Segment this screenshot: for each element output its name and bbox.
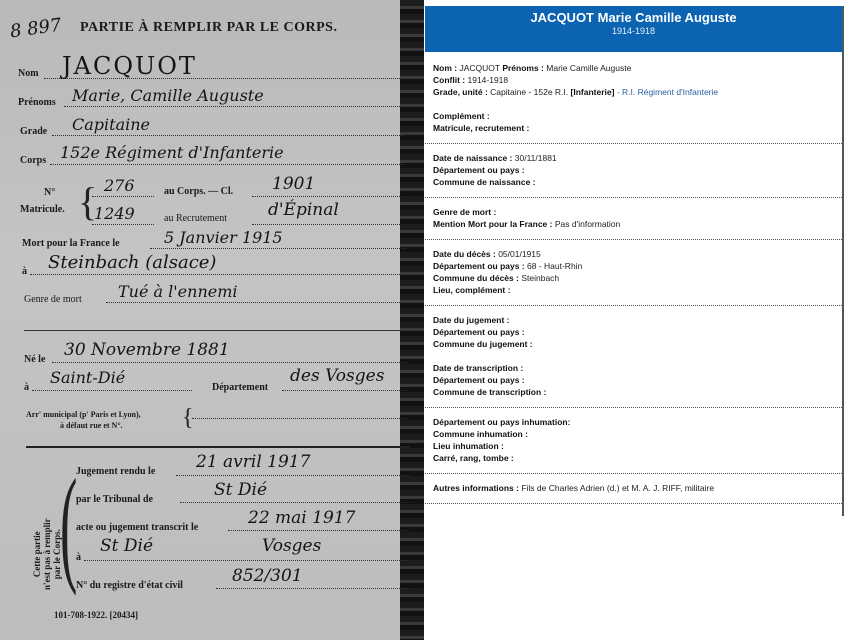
scan-hand-mort-lieu: Steinbach (alsace) bbox=[48, 252, 216, 273]
field-row: Département ou pays : bbox=[433, 374, 834, 386]
record-section: Nom : JACQUOT Prénoms : Marie Camille Au… bbox=[425, 52, 842, 144]
field-row: Département ou pays : bbox=[433, 326, 834, 338]
field-label: Date de naissance : bbox=[433, 153, 512, 163]
scan-hand-mort-date: 5 Janvier 1915 bbox=[164, 228, 283, 247]
scan-heading: PARTIE À REMPLIR PAR LE CORPS. bbox=[80, 20, 337, 36]
scan-label-genre: Genre de mort bbox=[24, 294, 82, 305]
field-row: Grade, unité : Capitaine - 152e R.I. [In… bbox=[433, 86, 834, 98]
record-section: Genre de mort : Mention Mort pour la Fra… bbox=[425, 198, 842, 240]
field-row: Matricule, recrutement : bbox=[433, 122, 834, 134]
panel-title: JACQUOT Marie Camille Auguste bbox=[425, 10, 842, 26]
row-spacer bbox=[433, 350, 834, 362]
scan-hand-no-recrutement: 1249 bbox=[94, 204, 135, 223]
scan-label-a: à bbox=[22, 266, 27, 277]
field-label: Date de transcription : bbox=[433, 363, 523, 373]
scan-label-arr-1: Arr' municipal (p' Paris et Lyon), bbox=[26, 410, 141, 419]
field-row: Date de transcription : bbox=[433, 362, 834, 374]
panel-subtitle: 1914-1918 bbox=[425, 26, 842, 37]
field-label: Département ou pays inhumation: bbox=[433, 417, 570, 427]
field-row: Nom : JACQUOT Prénoms : Marie Camille Au… bbox=[433, 62, 834, 74]
field-label: Complément : bbox=[433, 111, 490, 121]
scan-label-tribunal: par le Tribunal de bbox=[76, 494, 153, 505]
field-label: Matricule, recrutement : bbox=[433, 123, 529, 133]
field-value: 68 - Haut-Rhin bbox=[527, 261, 582, 271]
field-label: Commune du jugement : bbox=[433, 339, 533, 349]
field-row: Date du jugement : bbox=[433, 314, 834, 326]
scan-hand-transcrit-dept: Vosges bbox=[262, 536, 321, 556]
field-value: Fils de Charles Adrien (d.) et M. A. J. … bbox=[521, 483, 714, 493]
record-section: Date du décès : 05/01/1915Département ou… bbox=[425, 240, 842, 306]
row-spacer bbox=[433, 98, 834, 110]
record-section: Autres informations : Fils de Charles Ad… bbox=[425, 474, 842, 504]
field-label: Département ou pays : bbox=[433, 261, 525, 271]
scan-hand-jugement-date: 21 avril 1917 bbox=[196, 452, 310, 472]
field-row: Genre de mort : bbox=[433, 206, 834, 218]
field-row: Commune inhumation : bbox=[433, 428, 834, 440]
record-info-panel: JACQUOT Marie Camille Auguste 1914-1918 … bbox=[425, 6, 844, 516]
scan-label-corps: Corps bbox=[20, 155, 46, 166]
scan-label-jugement: Jugement rendu le bbox=[76, 466, 155, 477]
corner-note: 8 897 bbox=[9, 15, 63, 43]
scan-dark-edge bbox=[400, 0, 424, 640]
scan-footer-code: 101-708-1922. [20434] bbox=[54, 610, 138, 620]
record-section: Département ou pays inhumation: Commune … bbox=[425, 408, 842, 474]
field-label: Lieu inhumation : bbox=[433, 441, 504, 451]
field-row: Complément : bbox=[433, 110, 834, 122]
scan-hand-tribunal: St Dié bbox=[214, 480, 267, 500]
field-row: Carré, rang, tombe : bbox=[433, 452, 834, 464]
scanned-record-image: 8 897 PARTIE À REMPLIR PAR LE CORPS. Nom… bbox=[0, 0, 424, 640]
scan-label-mort: Mort pour la France le bbox=[22, 238, 120, 249]
panel-header: JACQUOT Marie Camille Auguste 1914-1918 bbox=[425, 6, 842, 52]
scan-hand-transcrit-date: 22 mai 1917 bbox=[248, 508, 355, 528]
field-label: Commune de naissance : bbox=[433, 177, 536, 187]
scan-hand-recrutement: d'Épinal bbox=[268, 200, 339, 220]
field-label: Département ou pays : bbox=[433, 165, 525, 175]
scan-label-departement: Département bbox=[212, 382, 268, 393]
scan-hand-corps: 152e Régiment d'Infanterie bbox=[60, 143, 284, 162]
record-section: Date du jugement : Département ou pays :… bbox=[425, 306, 842, 408]
field-label: Mention Mort pour la France : bbox=[433, 219, 552, 229]
field-value: 1914-1918 bbox=[467, 75, 508, 85]
scan-hand-registre: 852/301 bbox=[232, 566, 303, 586]
field-value: 05/01/1915 bbox=[498, 249, 541, 259]
unit-link[interactable]: - R.I. Régiment d'Infanterie bbox=[617, 87, 718, 97]
scan-hand-genre: Tué à l'ennemi bbox=[118, 282, 238, 301]
field-label: Département ou pays : bbox=[433, 327, 525, 337]
scan-side-note: Cette partie n'est pas à remplir par le … bbox=[32, 518, 62, 590]
scan-hand-classe: 1901 bbox=[272, 174, 315, 194]
field-row: Conflit : 1914-1918 bbox=[433, 74, 834, 86]
field-label: Date du jugement : bbox=[433, 315, 510, 325]
scan-hand-ne-date: 30 Novembre 1881 bbox=[64, 340, 230, 360]
scan-hand-grade: Capitaine bbox=[72, 115, 150, 134]
scan-hand-ne-lieu: Saint-Dié bbox=[50, 368, 125, 387]
field-label: Date du décès : bbox=[433, 249, 496, 259]
field-label: Prénoms : bbox=[502, 63, 544, 73]
scan-hand-no-corps: 276 bbox=[104, 176, 135, 195]
field-row: Département ou pays : 68 - Haut-Rhin bbox=[433, 260, 834, 272]
field-label: Nom : bbox=[433, 63, 457, 73]
field-value: Pas d'information bbox=[555, 219, 620, 229]
field-row: Mention Mort pour la France : Pas d'info… bbox=[433, 218, 834, 230]
scan-label-transcrit: acte ou jugement transcrit le bbox=[76, 522, 198, 533]
scan-label-grade: Grade bbox=[20, 126, 47, 137]
scan-label-registre: N° du registre d'état civil bbox=[76, 580, 183, 591]
field-row: Lieu inhumation : bbox=[433, 440, 834, 452]
field-value: Marie Camille Auguste bbox=[546, 63, 631, 73]
field-label: Grade, unité : bbox=[433, 87, 488, 97]
record-sections: Nom : JACQUOT Prénoms : Marie Camille Au… bbox=[425, 52, 842, 504]
record-section: Date de naissance : 30/11/1881Départemen… bbox=[425, 144, 842, 198]
scan-label-no: N° bbox=[44, 187, 55, 198]
field-value: 30/11/1881 bbox=[515, 153, 557, 163]
scan-hand-transcrit-lieu: St Dié bbox=[100, 536, 153, 556]
scan-hand-prenoms: Marie, Camille Auguste bbox=[72, 86, 264, 105]
field-label: Commune du décès : bbox=[433, 273, 519, 283]
scan-label-nom: Nom bbox=[18, 68, 39, 79]
field-row: Date du décès : 05/01/1915 bbox=[433, 248, 834, 260]
field-label: Commune inhumation : bbox=[433, 429, 528, 439]
scan-label-ne: Né le bbox=[24, 354, 45, 365]
scan-hand-nom: JACQUOT bbox=[62, 52, 197, 80]
field-row: Commune de naissance : bbox=[433, 176, 834, 188]
field-label: Autres informations : bbox=[433, 483, 519, 493]
scan-label-ne-a: à bbox=[24, 382, 29, 393]
scan-label-transcrit-a: à bbox=[76, 552, 81, 563]
scan-label-au-corps: au Corps. — Cl. bbox=[164, 186, 233, 197]
field-row: Département ou pays : bbox=[433, 164, 834, 176]
scan-label-matricule: Matricule. bbox=[20, 204, 65, 215]
field-value: Steinbach bbox=[521, 273, 559, 283]
field-label: Lieu, complément : bbox=[433, 285, 510, 295]
field-label: Conflit : bbox=[433, 75, 465, 85]
scan-hand-departement: des Vosges bbox=[290, 366, 384, 386]
scan-label-au-recrutement: au Recrutement bbox=[164, 213, 227, 224]
field-row: Autres informations : Fils de Charles Ad… bbox=[433, 482, 834, 494]
field-row: Date de naissance : 30/11/1881 bbox=[433, 152, 834, 164]
field-value: Capitaine - 152e R.I. bbox=[490, 87, 568, 97]
field-row: Commune du décès : Steinbach bbox=[433, 272, 834, 284]
field-row: Lieu, complément : bbox=[433, 284, 834, 296]
scan-label-arr-2: à défaut rue et N°. bbox=[60, 421, 123, 430]
field-row: Commune du jugement : bbox=[433, 338, 834, 350]
field-row: Département ou pays inhumation: bbox=[433, 416, 834, 428]
field-label: [Infanterie] bbox=[571, 87, 615, 97]
field-label: Commune de transcription : bbox=[433, 387, 546, 397]
field-row: Commune de transcription : bbox=[433, 386, 834, 398]
field-label: Genre de mort : bbox=[433, 207, 496, 217]
field-label: Département ou pays : bbox=[433, 375, 525, 385]
field-label: Carré, rang, tombe : bbox=[433, 453, 514, 463]
scan-label-prenoms: Prénoms bbox=[18, 97, 56, 108]
field-value: JACQUOT bbox=[459, 63, 499, 73]
